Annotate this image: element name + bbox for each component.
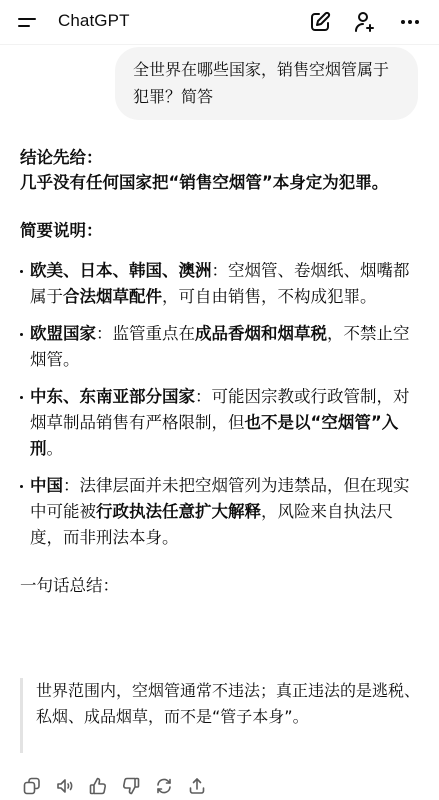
user-message-bubble: 全世界在哪些国家，销售空烟管属于犯罪？简答 [115,47,418,120]
more-icon [398,10,422,34]
brief-heading: 简要说明： [20,219,420,244]
regenerate-button[interactable] [154,776,174,796]
add-person-icon [353,10,377,34]
menu-icon-line [18,25,30,27]
summary-quote-text: 世界范围内，空烟管通常不违法；真正违法的是逃税、私烟、成品烟草，而不是“管子本身… [36,681,420,726]
bullet-item: 欧美、日本、韩国、澳洲：空烟管、卷烟纸、烟嘴都属于合法烟草配件，可自由销售，不构… [20,258,420,310]
copy-icon [22,776,42,796]
app-title: ChatGPT [58,11,130,31]
thumbs-down-button[interactable] [121,776,141,796]
copy-button[interactable] [22,776,42,796]
share-icon [187,776,207,796]
add-people-button[interactable] [353,10,377,34]
conclusion-heading: 结论先给： [20,146,420,171]
bullet-item: 欧盟国家：监管重点在成品香烟和烟草税，不禁止空烟管。 [20,321,420,373]
read-aloud-button[interactable] [55,776,75,796]
read-aloud-icon [55,776,75,796]
new-chat-button[interactable] [308,10,332,34]
thumbs-up-icon [88,776,108,796]
message-actions [22,776,207,796]
bullet-item: 中东、东南亚部分国家：可能因宗教或行政管制，对烟草制品销售有严格限制，但也不是以… [20,384,420,462]
conclusion-text: 几乎没有任何国家把“销售空烟管”本身定为犯罪。 [20,171,420,196]
bullet-item: 中国：法律层面并未把空烟管列为违禁品，但在现实中可能被行政执法任意扩大解释，风险… [20,473,420,551]
summary-blockquote: 世界范围内，空烟管通常不违法；真正违法的是逃税、私烟、成品烟草，而不是“管子本身… [20,678,420,753]
user-message-text: 全世界在哪些国家，销售空烟管属于犯罪？简答 [133,60,389,106]
summary-heading: 一句话总结： [20,574,420,599]
thumbs-up-button[interactable] [88,776,108,796]
menu-icon-line [18,18,36,20]
share-button[interactable] [187,776,207,796]
menu-button[interactable] [18,14,38,30]
assistant-response: 结论先给： 几乎没有任何国家把“销售空烟管”本身定为犯罪。 简要说明： 欧美、日… [20,146,420,598]
more-options-button[interactable] [398,10,422,34]
new-chat-icon [308,10,332,34]
bullet-list: 欧美、日本、韩国、澳洲：空烟管、卷烟纸、烟嘴都属于合法烟草配件，可自由销售，不构… [20,258,420,551]
top-bar: ChatGPT [0,0,439,45]
regenerate-icon [154,776,174,796]
thumbs-down-icon [121,776,141,796]
